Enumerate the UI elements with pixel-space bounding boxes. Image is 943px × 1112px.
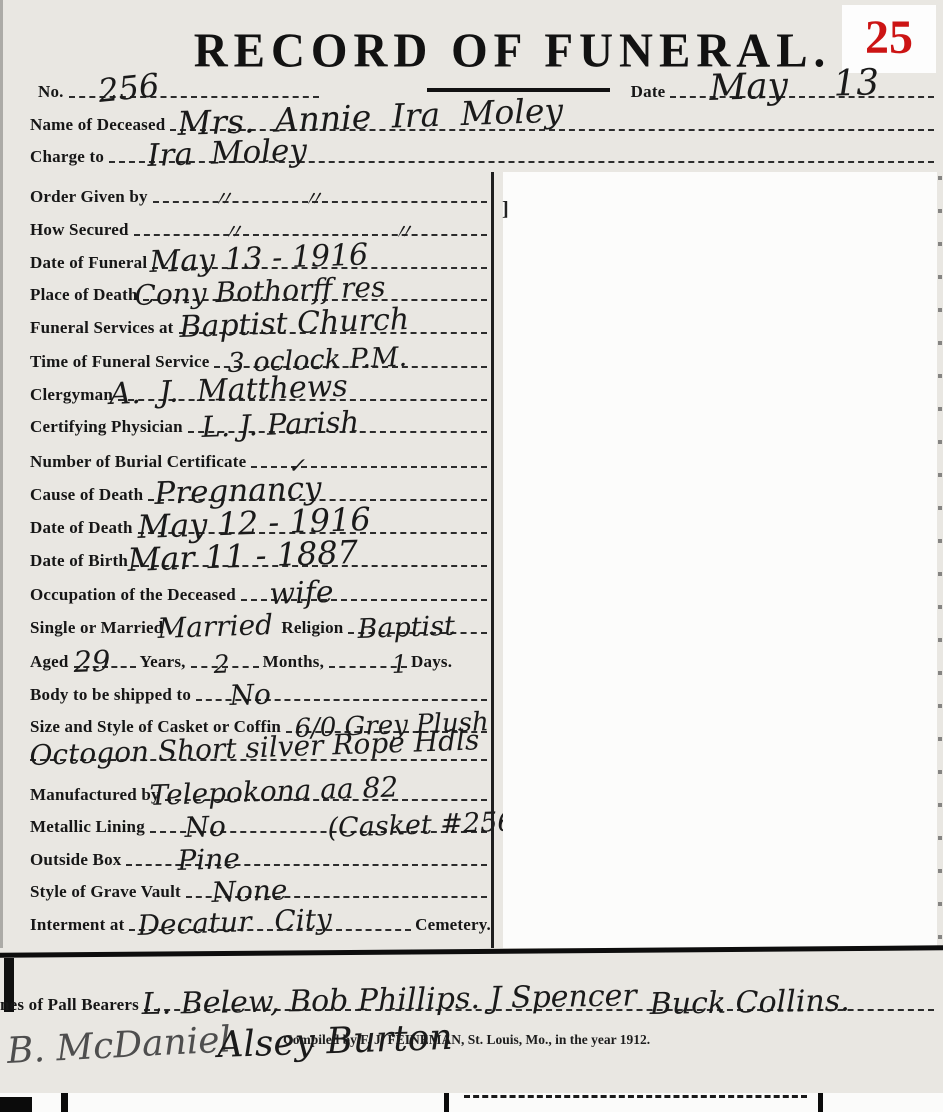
field-clergyman: Clergyman A. J. Matthews xyxy=(30,379,491,405)
field-label: Order Given by xyxy=(30,188,148,207)
field-label: Occupation of the Deceased xyxy=(30,586,236,605)
field-label: Funeral Services at xyxy=(30,319,174,338)
handwritten-pall-bearers: L. Belew, Bob Phillips. J Spencer xyxy=(141,981,636,1020)
field-charge-to: Charge to Ira Moley xyxy=(30,141,938,167)
field-date-of-birth: Date of Birth Mar 11 - 1887 xyxy=(30,545,491,571)
field-place-of-death: Place of Death Cony Bothorff res xyxy=(30,279,491,305)
field-label: Cause of Death xyxy=(30,486,143,505)
blank-right-panel xyxy=(503,172,937,948)
field-number-of-burial-certificate: Number of Burial Certificate ✓ xyxy=(30,446,491,472)
field-label: Place of Death xyxy=(30,286,138,305)
field-certifying-physician: Certifying Physician L. J. Parish xyxy=(30,411,491,437)
field-date-of-death: Date of Death May 12 - 1916 xyxy=(30,512,491,538)
scan-left-edge xyxy=(0,0,3,948)
handwritten-date: May 13 xyxy=(709,65,880,107)
field-label: How Secured xyxy=(30,221,129,240)
cemetery-label: Cemetery. xyxy=(415,916,491,935)
days-label: Days. xyxy=(411,653,452,672)
next-form-edge-strip xyxy=(0,1093,943,1112)
handwritten-value: Mar 11 - 1887 xyxy=(127,536,359,576)
handwritten-pall-bearers-2: Buck Collins. xyxy=(649,987,849,1020)
field-label: Aged xyxy=(30,653,69,672)
handwritten-value: No xyxy=(184,813,226,842)
field-label: Number of Burial Certificate xyxy=(30,453,246,472)
handwritten-note: (Casket #256) xyxy=(327,808,525,842)
field-label: Date of Birth xyxy=(30,552,128,571)
handwritten-value: Decatur City xyxy=(137,905,332,940)
handwritten-signature-1: B. McDaniel xyxy=(6,1022,232,1070)
handwritten-value: Ira Moley xyxy=(147,135,308,172)
field-interment-at: Interment at Cemetery. Decatur City xyxy=(30,909,491,935)
handwritten-days: 1 xyxy=(391,651,408,677)
field-time-of-funeral-service: Time of Funeral Service 3 oclock P.M. xyxy=(30,346,491,372)
field-aged: Aged Years, Months, Days. 29 2 1 xyxy=(30,646,491,672)
field-casket-line2: Octogon Short silver Rope Hdls xyxy=(30,739,491,765)
field-label: Manufactured by xyxy=(30,786,160,805)
handwritten-value: None xyxy=(211,876,288,907)
field-pall-bearers: nes of Pall Bearers L. Belew, Bob Philli… xyxy=(0,987,938,1015)
field-label: Time of Funeral Service xyxy=(30,353,209,372)
field-label: Metallic Lining xyxy=(30,818,145,837)
table-edge-line xyxy=(444,1093,449,1112)
field-label: Outside Box xyxy=(30,851,121,870)
field-style-of-grave-vault: Style of Grave Vault None xyxy=(30,876,491,902)
stray-bracket-mark: ] xyxy=(502,198,509,221)
field-label: Single or Married xyxy=(30,619,163,638)
field-label: Date of Funeral xyxy=(30,254,147,273)
field-body-to-be-shipped-to: Body to be shipped to No xyxy=(30,679,491,705)
date-label: Date xyxy=(631,83,666,102)
field-name-of-deceased: Name of Deceased Mrs. Annie Ira Moley xyxy=(30,109,938,135)
months-label: Months, xyxy=(263,653,324,672)
handwritten-value: No xyxy=(229,681,271,710)
field-how-secured: How Secured 〃 〃 xyxy=(30,214,491,240)
handwritten-value: Telepokona aa 82 xyxy=(149,773,399,810)
religion-label: Religion xyxy=(281,619,343,638)
handwritten-religion: Baptist xyxy=(357,613,455,643)
scan-corner-block xyxy=(0,1097,32,1112)
handwritten-ditto: 〃 xyxy=(211,189,234,212)
field-cause-of-death: Cause of Death Pregnancy xyxy=(30,479,491,505)
field-manufactured-by: Manufactured by Telepokona aa 82 xyxy=(30,779,491,805)
right-edge-dash-marks xyxy=(938,176,942,940)
funeral-record-scan: RECORD OF FUNERAL. 25 # 75 No. Date 256 … xyxy=(0,0,943,1112)
field-metallic-lining: Metallic Lining No (Casket #256) xyxy=(30,811,491,837)
field-label: Interment at xyxy=(30,916,124,935)
table-edge-dashes xyxy=(464,1095,807,1098)
handwritten-signature-2: Alsey Burton xyxy=(217,1020,453,1064)
field-occupation: Occupation of the Deceased wife xyxy=(30,579,491,605)
handwritten-months: 2 xyxy=(213,651,230,677)
field-label: Name of Deceased xyxy=(30,116,165,135)
pall-bearers-label: nes of Pall Bearers xyxy=(0,996,139,1015)
field-date-of-funeral: Date of Funeral May 13 - 1916 xyxy=(30,247,491,273)
table-edge-line xyxy=(818,1093,823,1112)
dotted-line xyxy=(134,232,487,236)
handwritten-years: 29 xyxy=(73,647,111,677)
field-label: Charge to xyxy=(30,148,104,167)
field-order-given-by: Order Given by 〃 〃 xyxy=(30,181,491,207)
years-label: Years, xyxy=(140,653,186,672)
no-label: No. xyxy=(38,83,64,102)
handwritten-value: wife xyxy=(269,578,334,610)
handwritten-value: Baptist Church xyxy=(179,305,410,343)
handwritten-no: 256 xyxy=(97,69,161,107)
handwritten-value: Pine xyxy=(177,845,240,875)
handwritten-ditto: 〃 xyxy=(301,189,324,212)
field-label: Style of Grave Vault xyxy=(30,883,181,902)
field-label: Certifying Physician xyxy=(30,418,183,437)
field-outside-box: Outside Box Pine xyxy=(30,844,491,870)
handwritten-ditto: 〃 xyxy=(391,222,414,245)
handwritten-value: A. J. Matthews xyxy=(109,372,348,410)
field-label: Clergyman xyxy=(30,386,113,405)
field-single-or-married: Single or Married Religion Married Bapti… xyxy=(30,612,491,638)
field-label: Body to be shipped to xyxy=(30,686,191,705)
handwritten-value: L. J. Parish xyxy=(201,408,360,442)
page-number: 25 xyxy=(842,5,936,71)
field-funeral-services-at: Funeral Services at Baptist Church xyxy=(30,312,491,338)
table-edge-line xyxy=(61,1093,68,1112)
footer-heavy-rule xyxy=(0,945,943,957)
handwritten-value: Married xyxy=(157,611,274,643)
column-divider-line xyxy=(491,172,494,948)
field-label: Date of Death xyxy=(30,519,133,538)
